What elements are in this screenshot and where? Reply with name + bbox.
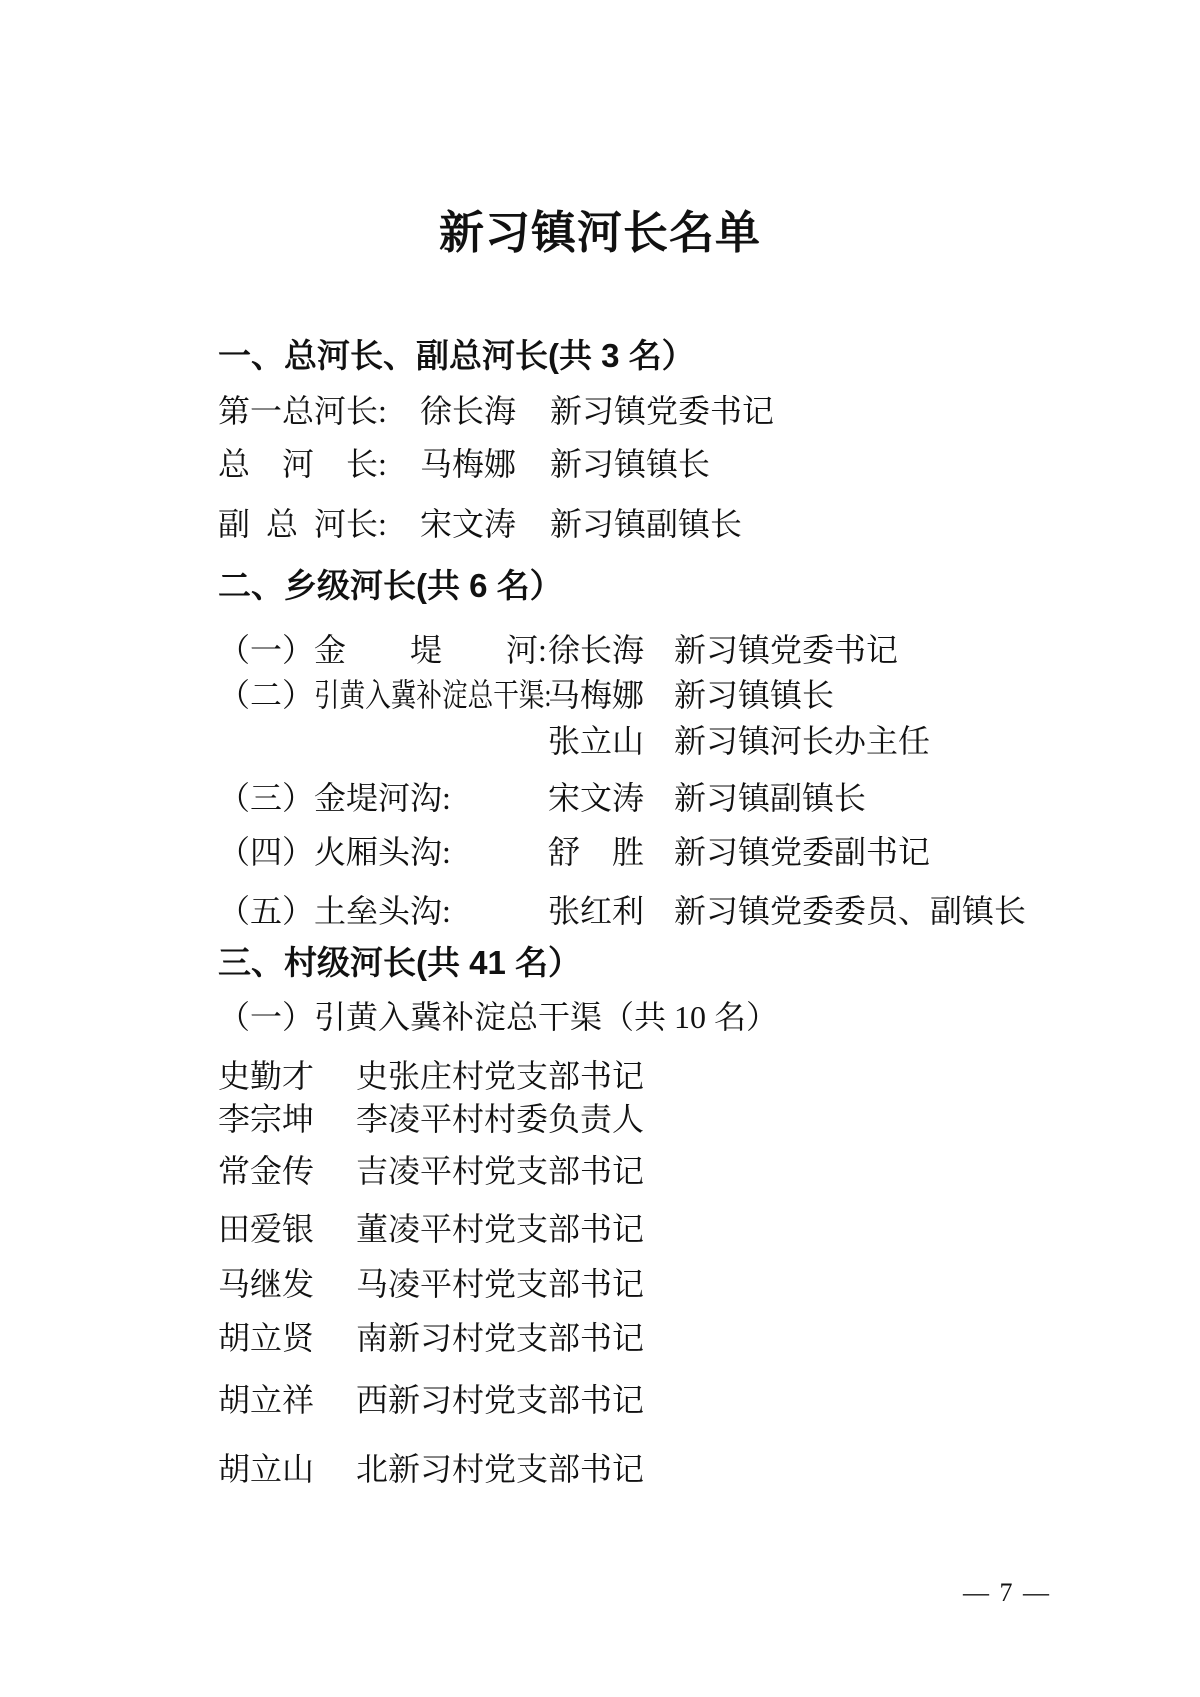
river-label: （三）金堤河沟: <box>218 780 451 816</box>
chief-name: 张立山 <box>548 723 644 759</box>
section-1-heading: 一、总河长、副总河长(共 3 名） <box>0 338 1200 378</box>
chief-position: 新习镇党委书记 <box>674 632 898 668</box>
village-chief-position: 西新习村党支部书记 <box>356 1382 644 1418</box>
chief-position: 新习镇党委副书记 <box>674 834 930 870</box>
village-chief-position: 马凌平村党支部书记 <box>356 1266 644 1302</box>
chief-position: 新习镇党委委员、副镇长 <box>674 893 1026 929</box>
section-3-subheading-text: （一）引黄入冀补淀总干渠（共 10 名） <box>218 999 778 1035</box>
section-2-heading-text: 二、乡级河长(共 6 名） <box>218 568 563 604</box>
township-river-row-1: （一）金 堤 河: 徐长海 新习镇党委书记 <box>0 632 1200 672</box>
chief-position: 新习镇镇长 <box>674 677 834 713</box>
village-chief-position: 北新习村党支部书记 <box>356 1451 644 1487</box>
village-chief-name: 田爱银 <box>218 1211 314 1247</box>
village-chief-name: 胡立山 <box>218 1451 314 1487</box>
township-river-row-5: （五）土垒头沟: 张红利 新习镇党委委员、副镇长 <box>0 893 1200 933</box>
chief-name: 舒 胜 <box>548 834 644 870</box>
chief-role-label: 总 河 长: <box>218 446 387 482</box>
chief-role-label: 副 总 河长: <box>218 506 387 542</box>
chief-name: 马梅娜 <box>420 446 516 482</box>
chief-row-1: 第一总河长: 徐长海 新习镇党委书记 <box>0 393 1200 433</box>
section-3-heading: 三、村级河长(共 41 名） <box>0 945 1200 985</box>
chief-name: 徐长海 <box>420 393 516 429</box>
village-chief-position: 吉凌平村党支部书记 <box>356 1153 644 1189</box>
village-chief-position: 李凌平村村委负责人 <box>356 1101 644 1137</box>
village-chief-name: 胡立贤 <box>218 1320 314 1356</box>
page-number: — 7 — <box>963 1578 1051 1608</box>
village-chief-name: 马继发 <box>218 1266 314 1302</box>
chief-name: 徐长海 <box>548 632 644 668</box>
village-row-7: 胡立祥 西新习村党支部书记 <box>0 1382 1200 1422</box>
chief-row-2: 总 河 长: 马梅娜 新习镇镇长 <box>0 446 1200 486</box>
chief-position: 新习镇河长办主任 <box>674 723 930 759</box>
chief-role-label: 第一总河长: <box>218 393 387 429</box>
village-chief-position: 董凌平村党支部书记 <box>356 1211 644 1247</box>
chief-name: 马梅娜 <box>548 677 644 713</box>
village-row-4: 田爱银 董凌平村党支部书记 <box>0 1211 1200 1251</box>
document-page: 新习镇河长名单 一、总河长、副总河长(共 3 名） 第一总河长: 徐长海 新习镇… <box>0 0 1200 1697</box>
village-chief-name: 胡立祥 <box>218 1382 314 1418</box>
chief-name: 张红利 <box>548 893 644 929</box>
river-label: （四）火厢头沟: <box>218 834 451 870</box>
river-label: （五）土垒头沟: <box>218 893 451 929</box>
chief-position: 新习镇副镇长 <box>550 506 742 542</box>
section-3-subheading: （一）引黄入冀补淀总干渠（共 10 名） <box>0 999 1200 1039</box>
chief-name: 宋文涛 <box>420 506 516 542</box>
village-row-6: 胡立贤 南新习村党支部书记 <box>0 1320 1200 1360</box>
village-row-3: 常金传 吉凌平村党支部书记 <box>0 1153 1200 1193</box>
chief-row-3: 副 总 河长: 宋文涛 新习镇副镇长 <box>0 506 1200 546</box>
river-label-name: 引黄入冀补淀总干渠: <box>314 677 552 713</box>
village-row-2: 李宗坤 李凌平村村委负责人 <box>0 1101 1200 1141</box>
village-chief-name: 常金传 <box>218 1153 314 1189</box>
township-river-row-2b: 张立山 新习镇河长办主任 <box>0 723 1200 763</box>
village-chief-position: 南新习村党支部书记 <box>356 1320 644 1356</box>
section-2-heading: 二、乡级河长(共 6 名） <box>0 568 1200 608</box>
village-chief-position: 史张庄村党支部书记 <box>356 1058 644 1094</box>
chief-position: 新习镇党委书记 <box>550 393 774 429</box>
section-3-heading-text: 三、村级河长(共 41 名） <box>218 945 581 981</box>
township-river-row-4: （四）火厢头沟: 舒 胜 新习镇党委副书记 <box>0 834 1200 874</box>
township-river-row-2: （二）引黄入冀补淀总干渠: 马梅娜 新习镇镇长 <box>0 677 1200 717</box>
village-row-5: 马继发 马凌平村党支部书记 <box>0 1266 1200 1306</box>
village-chief-name: 李宗坤 <box>218 1101 314 1137</box>
township-river-row-3: （三）金堤河沟: 宋文涛 新习镇副镇长 <box>0 780 1200 820</box>
river-label: （一）金 堤 河: <box>218 632 547 668</box>
village-row-1: 史勤才 史张庄村党支部书记 <box>0 1058 1200 1098</box>
village-row-8: 胡立山 北新习村党支部书记 <box>0 1451 1200 1491</box>
section-1-heading-text: 一、总河长、副总河长(共 3 名） <box>218 338 695 374</box>
chief-position: 新习镇镇长 <box>550 446 710 482</box>
village-chief-name: 史勤才 <box>218 1058 314 1094</box>
page-title: 新习镇河长名单 <box>0 196 1200 261</box>
river-label-number: （二） <box>218 677 314 713</box>
chief-name: 宋文涛 <box>548 780 644 816</box>
chief-position: 新习镇副镇长 <box>674 780 866 816</box>
